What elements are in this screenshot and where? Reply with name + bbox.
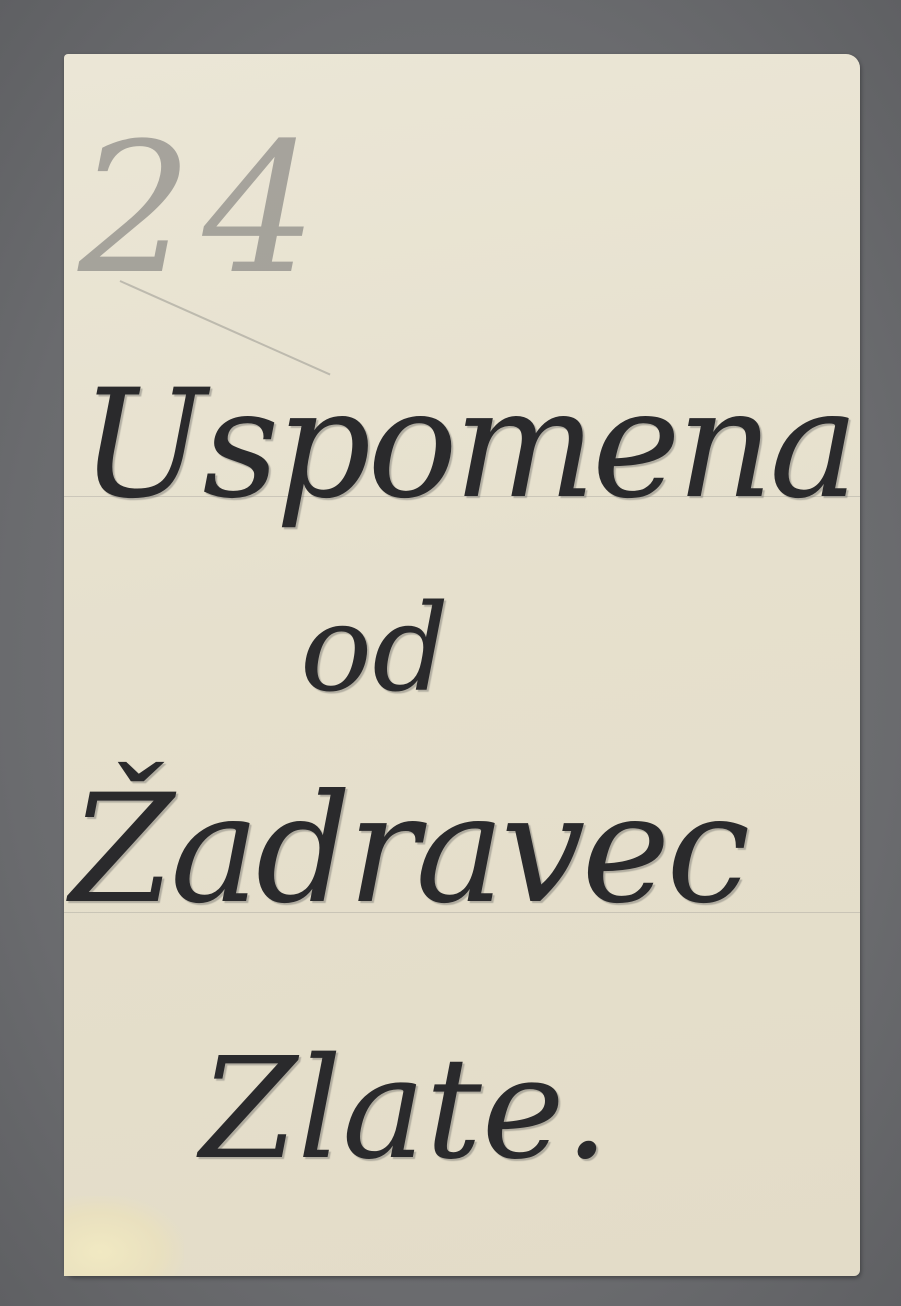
pencil-number: 24 [78, 120, 327, 300]
torn-corner [64, 1196, 184, 1276]
handwritten-line-1: Uspomena [80, 370, 855, 520]
handwritten-line-4: Zlate. [200, 1040, 609, 1180]
handwritten-line-2: od [300, 590, 449, 710]
handwritten-line-3: Žadravec [70, 775, 746, 925]
